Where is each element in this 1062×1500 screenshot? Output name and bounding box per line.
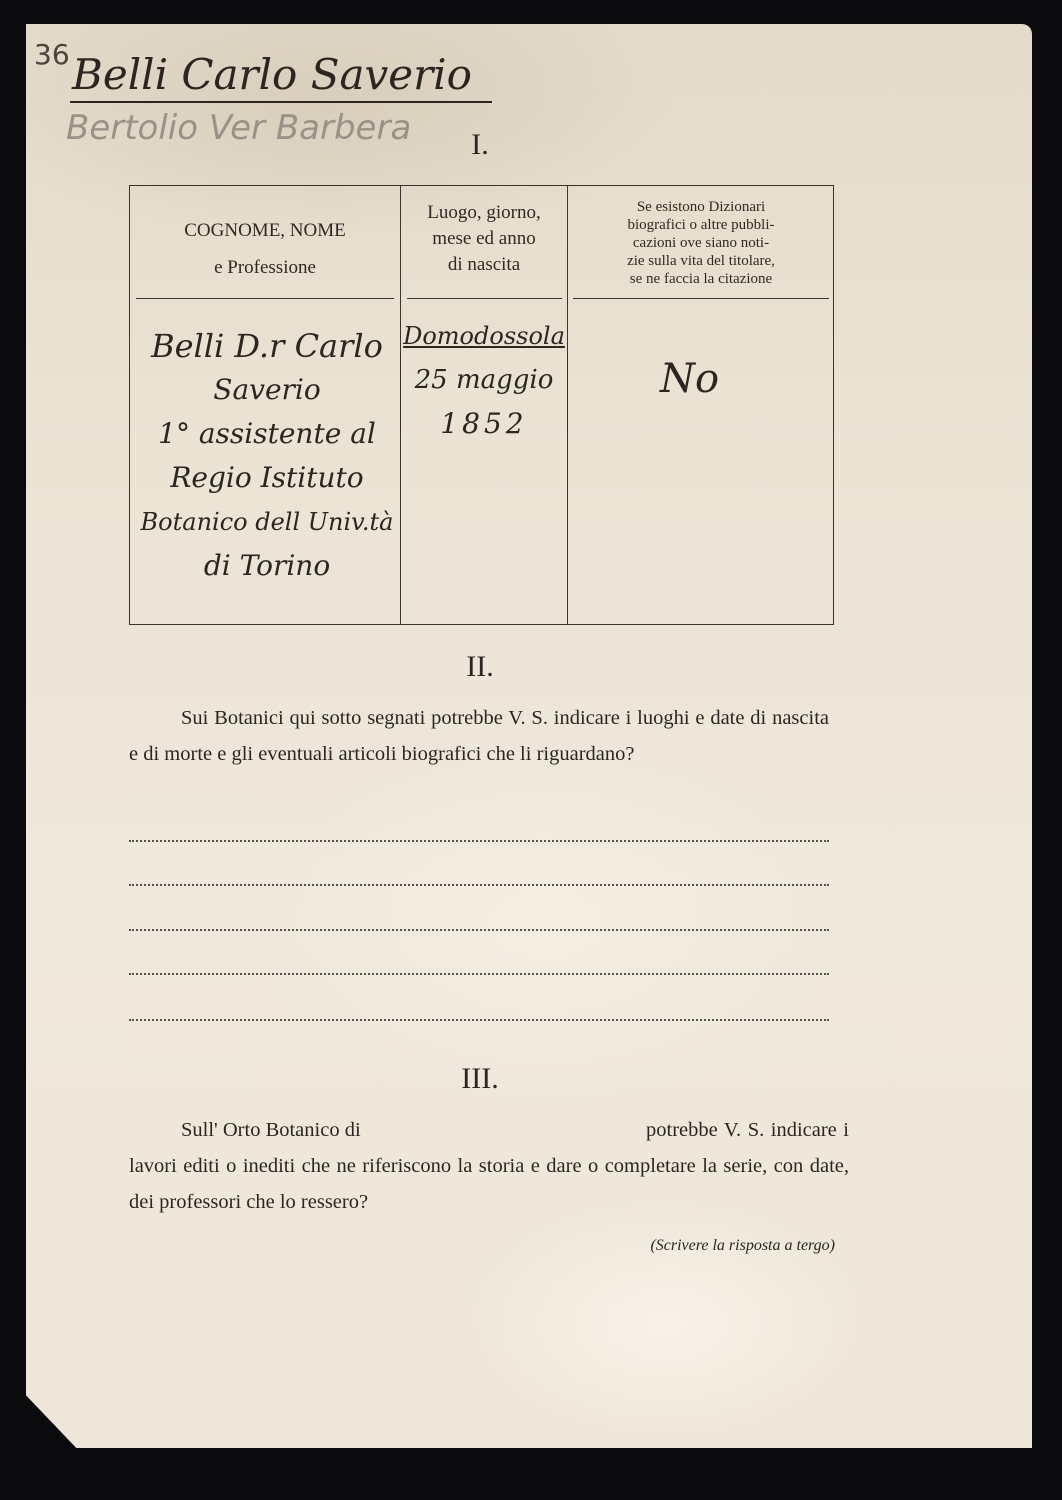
- section-3-numeral: III.: [420, 1062, 540, 1096]
- cell-citation: No: [660, 356, 719, 402]
- cell-name-profession: Belli D.r Carlo Saverio 1° assistente al…: [136, 324, 398, 588]
- section-1-numeral: I.: [430, 128, 530, 162]
- answer-line-5[interactable]: [129, 1019, 829, 1021]
- header-biographical-citations: Se esistono Dizionari biografici o altre…: [568, 198, 834, 288]
- answer-line-2[interactable]: [129, 884, 829, 886]
- answer-line-4[interactable]: [129, 973, 829, 975]
- answer-line-3[interactable]: [129, 929, 829, 931]
- answer-line-1[interactable]: [129, 840, 829, 842]
- header-surname-name-profession: COGNOME, NOME e Professione: [130, 212, 400, 286]
- section-3-question: potrebbe V. S. indicare i lavori editi o…: [129, 1112, 849, 1220]
- biographical-table: COGNOME, NOME e Professione Luogo, giorn…: [129, 185, 834, 625]
- section-3-footnote: (Scrivere la risposta a tergo): [575, 1228, 835, 1264]
- pencil-note: Bertolio Ver Barbera: [66, 108, 411, 148]
- cell-birth-place-date: Domodossola 25 maggio 1852: [402, 314, 566, 446]
- header-place-date-birth: Luogo, giorno, mese ed anno di nascita: [401, 200, 567, 278]
- section-2-numeral: II.: [430, 650, 530, 684]
- page-number-annotation: 36: [34, 38, 70, 71]
- name-heading-handwritten: Belli Carlo Saverio: [70, 50, 492, 103]
- section-2-question: Sui Botanici qui sotto segnati potrebbe …: [129, 700, 829, 772]
